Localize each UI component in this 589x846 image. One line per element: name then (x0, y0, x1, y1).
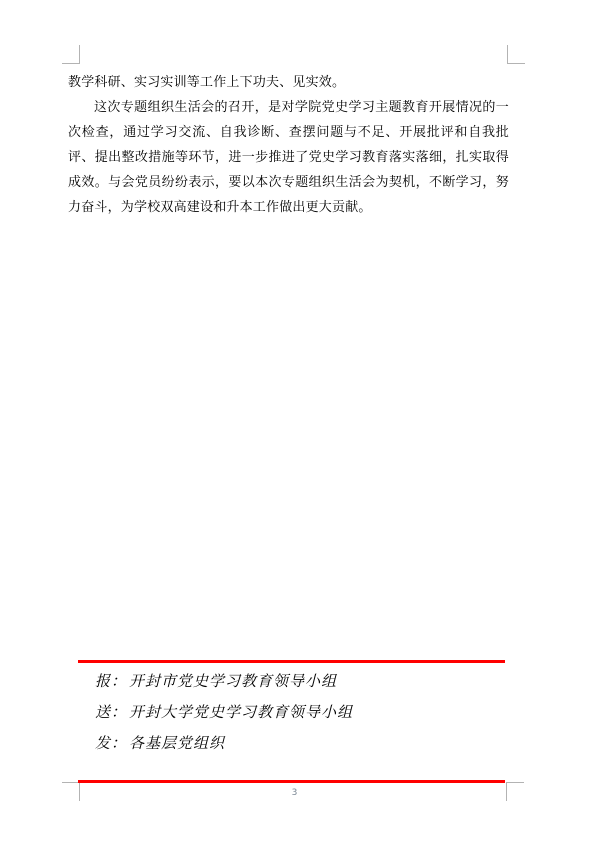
footer-rule-top (78, 660, 505, 663)
distribution-value: 各基层党组织 (129, 734, 225, 752)
distribution-value: 开封大学党史学习教育领导小组 (129, 703, 353, 721)
document-page: 教学科研、实习实训等工作上下功夫、见实效。 这次专题组织生活会的召开，是对学院党… (0, 0, 589, 846)
distribution-list[interactable]: 报：开封市党史学习教育领导小组 送：开封大学党史学习教育领导小组 发：各基层党组… (95, 666, 353, 759)
paragraph-main[interactable]: 这次专题组织生活会的召开，是对学院党史学习主题教育开展情况的一次检查，通过学习交… (68, 95, 509, 220)
distribution-label: 发： (95, 734, 127, 752)
distribution-row-report[interactable]: 报：开封市党史学习教育领导小组 (95, 666, 353, 697)
footer-rule-bottom (78, 780, 505, 783)
crop-mark-top-left-icon (62, 45, 80, 64)
document-body[interactable]: 教学科研、实习实训等工作上下功夫、见实效。 这次专题组织生活会的召开，是对学院党… (68, 70, 509, 220)
crop-mark-top-right-icon (507, 45, 525, 64)
distribution-label: 报： (95, 672, 127, 690)
distribution-label: 送： (95, 703, 127, 721)
distribution-row-issue[interactable]: 发：各基层党组织 (95, 728, 353, 759)
distribution-value: 开封市党史学习教育领导小组 (129, 672, 337, 690)
distribution-row-send[interactable]: 送：开封大学党史学习教育领导小组 (95, 697, 353, 728)
paragraph-continuation[interactable]: 教学科研、实习实训等工作上下功夫、见实效。 (68, 70, 509, 95)
page-number: 3 (0, 787, 589, 799)
